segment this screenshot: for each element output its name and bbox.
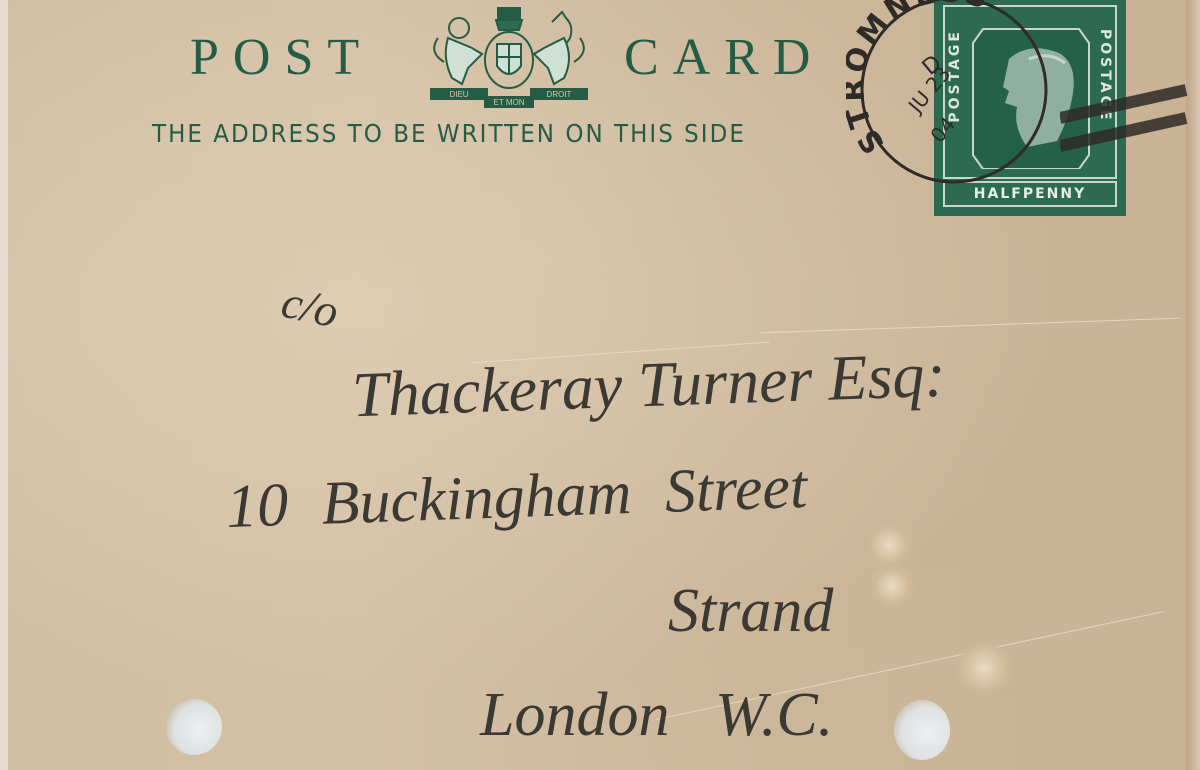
paper-damage (868, 566, 916, 606)
royal-coat-of-arms-icon: DIEU ET MON DROIT (426, 2, 592, 110)
postmark-year: 04 (925, 112, 960, 147)
paper-damage (952, 644, 1016, 692)
motto-center: ET MON (494, 98, 525, 107)
address-district: Strand (668, 576, 833, 647)
postmark-date: JU 23 (902, 62, 955, 119)
address-instruction: THE ADDRESS TO BE WRITTEN ON THIS SIDE (152, 119, 746, 148)
punch-hole (894, 700, 950, 760)
paper-damage (866, 522, 912, 568)
address-street: 10 Buckingham Street (225, 452, 808, 543)
postmark-cancellation: STROMNESS D JU 23 04 (846, 0, 1056, 190)
cancellation-bars (1060, 80, 1190, 160)
address-care-of: c/o (277, 275, 343, 339)
svg-text:STROMNESS: STROMNESS (846, 0, 995, 160)
postmark-town: STROMNESS (846, 0, 995, 160)
address-city: London W.C. (480, 680, 833, 751)
card-title: CARD (624, 28, 824, 87)
post-title: POST (190, 28, 373, 87)
motto-right: DROIT (547, 90, 572, 99)
address-name: Thackeray Turner Esq: (351, 338, 947, 433)
motto-left: DIEU (449, 90, 468, 99)
card-left-edge (0, 0, 8, 770)
paper-crease (760, 318, 1180, 334)
punch-hole (166, 699, 222, 755)
postcard: POST DIEU ET MON DROIT CA (0, 0, 1200, 770)
